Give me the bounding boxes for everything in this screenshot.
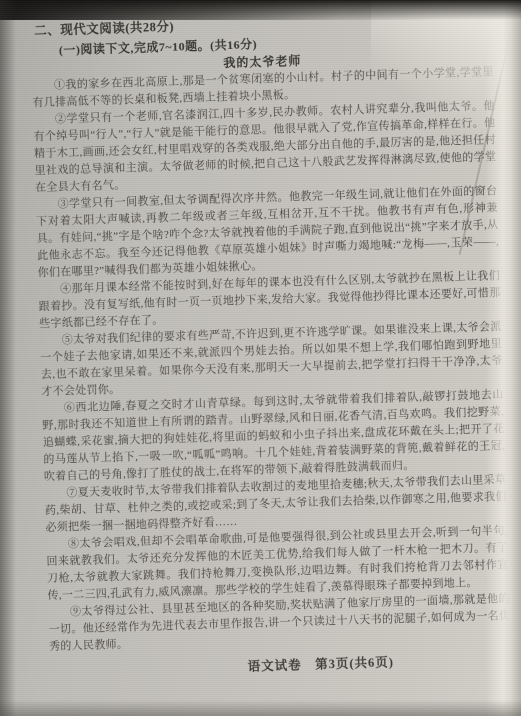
page-body: 二、现代文阅读(共28分) (一)阅读下文,完成7~10题。(共16分) 我的太… [30,7,512,681]
essay-paragraph-2: ②学堂只有一个老师,官名漆润江,四十多岁,民办教师。农村人讲究辈分,我叫他太爷。… [33,98,497,197]
essay-paragraph-6: ⑥西北边陲,春夏之交时才山青草绿。每到这时,太爷就带着我们排着队,敲锣打鼓地去山… [42,387,506,486]
photo-left-shadow [0,0,16,716]
essay-paragraph-3: ③学堂只有一间教室,但太爷调配得次序井然。他教完一年级生词,就让他们在外面的窗台… [35,183,499,282]
scanned-exam-page: 二、现代文阅读(共28分) (一)阅读下文,完成7~10题。(共16分) 我的太… [0,0,521,716]
photo-bottom-shadow [0,700,521,716]
